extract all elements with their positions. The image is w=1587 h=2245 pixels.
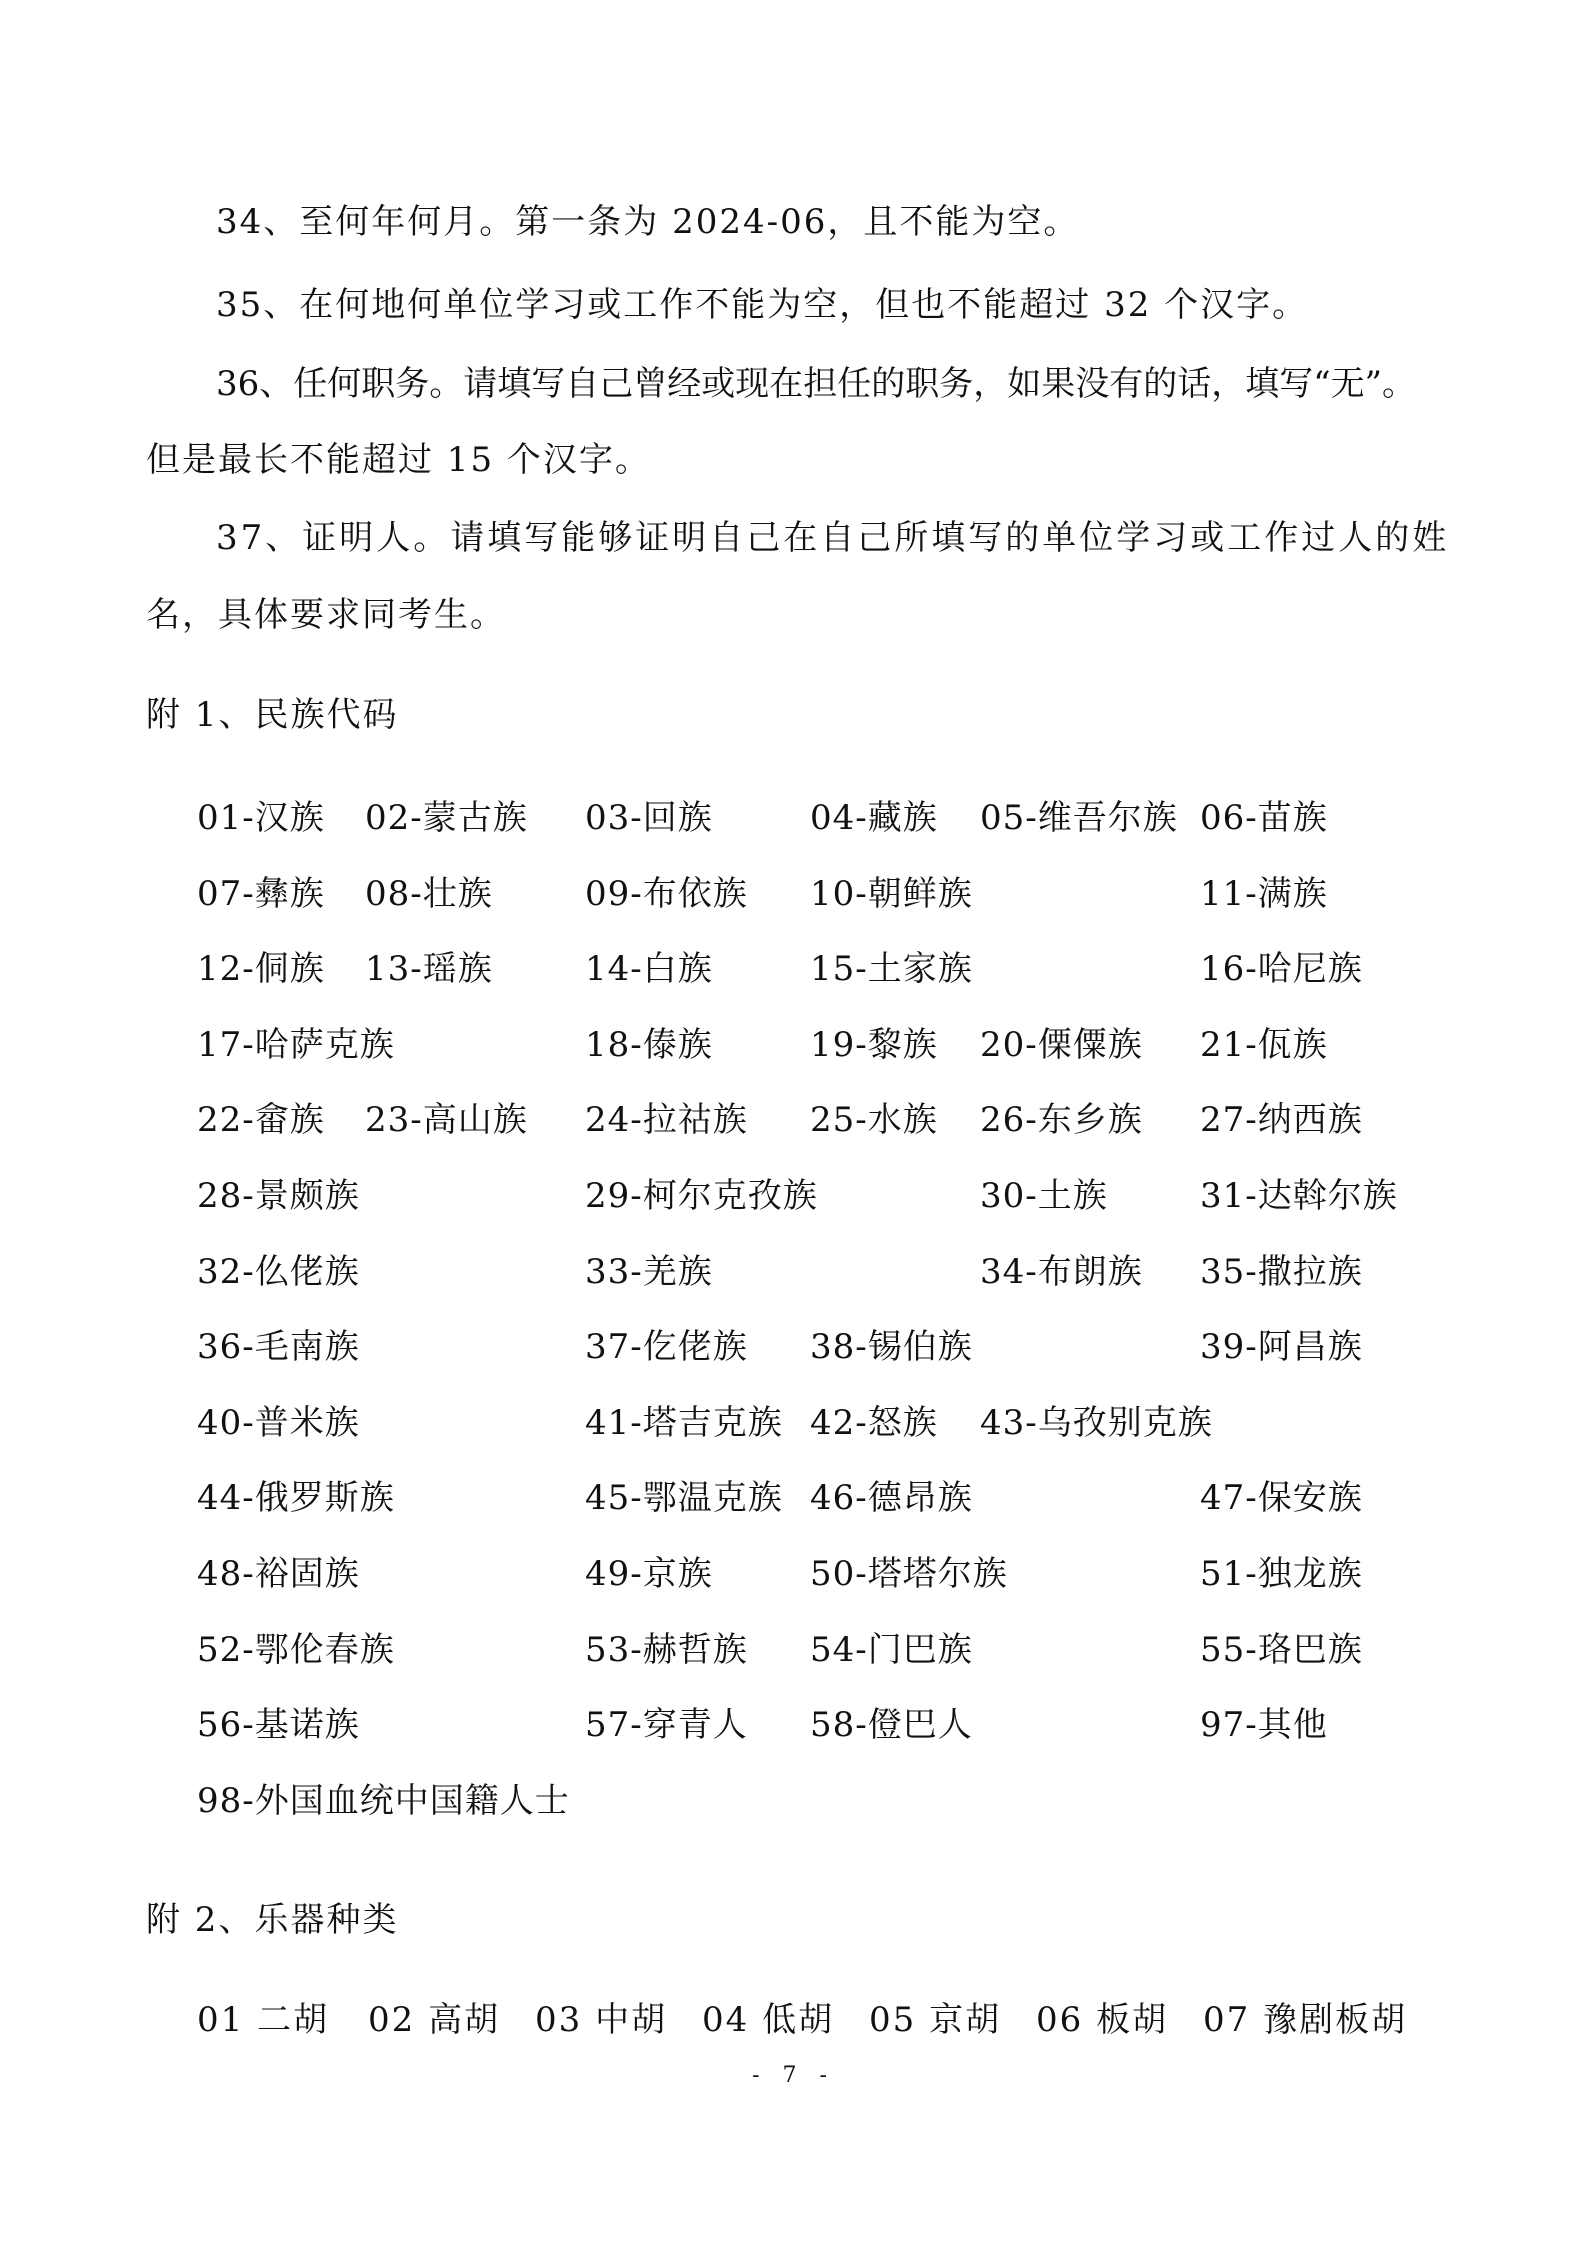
- ethnic-code-item: 12-侗族: [197, 949, 325, 989]
- ethnic-code-item: 08-壮族: [365, 874, 493, 914]
- ethnic-code-item: 02-蒙古族: [365, 798, 528, 838]
- page-number: - 7 -: [0, 2062, 1587, 2090]
- ethnic-code-item: 57-穿青人: [585, 1705, 748, 1745]
- ethnic-code-item: 54-门巴族: [810, 1630, 973, 1670]
- ethnic-code-item: 11-满族: [1200, 874, 1328, 914]
- ethnic-code-item: 18-傣族: [585, 1025, 713, 1065]
- ethnic-code-item: 46-德昂族: [810, 1478, 973, 1518]
- ethnic-code-item: 37-仡佬族: [585, 1327, 748, 1367]
- ethnic-code-item: 26-东乡族: [980, 1100, 1143, 1140]
- ethnic-code-item: 24-拉祜族: [585, 1100, 748, 1140]
- ethnic-code-item: 19-黎族: [810, 1025, 938, 1065]
- ethnic-code-item: 52-鄂伦春族: [197, 1630, 395, 1670]
- ethnic-code-item: 20-傈僳族: [980, 1025, 1143, 1065]
- instrument-item: 07 豫剧板胡: [1203, 2000, 1407, 2040]
- ethnic-code-item: 40-普米族: [197, 1403, 360, 1443]
- ethnic-code-item: 53-赫哲族: [585, 1630, 748, 1670]
- ethnic-code-item: 55-珞巴族: [1200, 1630, 1363, 1670]
- paragraph-36-line1: 36、任何职务。请填写自己曾经或现在担任的职务，如果没有的话，填写“无”。: [216, 364, 1416, 404]
- ethnic-code-item: 31-达斡尔族: [1200, 1176, 1398, 1216]
- ethnic-code-item: 10-朝鲜族: [810, 874, 973, 914]
- ethnic-code-item: 30-土族: [980, 1176, 1108, 1216]
- ethnic-code-item: 48-裕固族: [197, 1554, 360, 1594]
- ethnic-code-item: 14-白族: [585, 949, 713, 989]
- ethnic-code-item: 51-独龙族: [1200, 1554, 1363, 1594]
- paragraph-37-line1: 37、证明人。请填写能够证明自己在自己所填写的单位学习或工作过人的姓: [216, 518, 1449, 558]
- ethnic-code-item: 22-畲族: [197, 1100, 325, 1140]
- ethnic-code-item: 17-哈萨克族: [197, 1025, 395, 1065]
- ethnic-code-item: 98-外国血统中国籍人士: [197, 1781, 570, 1821]
- ethnic-code-item: 25-水族: [810, 1100, 938, 1140]
- ethnic-code-item: 35-撒拉族: [1200, 1252, 1363, 1292]
- ethnic-code-item: 28-景颇族: [197, 1176, 360, 1216]
- appendix-1-title: 附 1、民族代码: [146, 695, 398, 735]
- ethnic-code-item: 44-俄罗斯族: [197, 1478, 395, 1518]
- ethnic-code-item: 33-羌族: [585, 1252, 713, 1292]
- ethnic-code-item: 06-苗族: [1200, 798, 1328, 838]
- ethnic-code-item: 50-塔塔尔族: [810, 1554, 1008, 1594]
- paragraph-36-line2: 但是最长不能超过 15 个汉字。: [146, 440, 651, 480]
- ethnic-code-item: 03-回族: [585, 798, 713, 838]
- paragraph-34: 34、至何年何月。第一条为 2024-06，且不能为空。: [216, 202, 1079, 242]
- ethnic-code-item: 23-高山族: [365, 1100, 528, 1140]
- ethnic-code-item: 45-鄂温克族: [585, 1478, 783, 1518]
- document-page: 34、至何年何月。第一条为 2024-06，且不能为空。 35、在何地何单位学习…: [0, 0, 1587, 2245]
- ethnic-code-item: 34-布朗族: [980, 1252, 1143, 1292]
- ethnic-code-item: 07-彝族: [197, 874, 325, 914]
- ethnic-code-item: 39-阿昌族: [1200, 1327, 1363, 1367]
- ethnic-code-item: 58-僜巴人: [810, 1705, 973, 1745]
- ethnic-code-item: 01-汉族: [197, 798, 325, 838]
- instrument-item: 02 高胡: [368, 2000, 500, 2040]
- paragraph-35: 35、在何地何单位学习或工作不能为空，但也不能超过 32 个汉字。: [216, 285, 1308, 325]
- ethnic-code-item: 42-怒族: [810, 1403, 938, 1443]
- ethnic-code-item: 21-佤族: [1200, 1025, 1328, 1065]
- ethnic-code-item: 15-土家族: [810, 949, 973, 989]
- ethnic-code-item: 47-保安族: [1200, 1478, 1363, 1518]
- ethnic-code-item: 97-其他: [1200, 1705, 1328, 1745]
- ethnic-code-item: 13-瑶族: [365, 949, 493, 989]
- ethnic-code-item: 49-京族: [585, 1554, 713, 1594]
- ethnic-code-item: 36-毛南族: [197, 1327, 360, 1367]
- instrument-item: 06 板胡: [1036, 2000, 1168, 2040]
- appendix-2-title: 附 2、乐器种类: [146, 1900, 398, 1940]
- ethnic-code-item: 29-柯尔克孜族: [585, 1176, 818, 1216]
- ethnic-code-item: 27-纳西族: [1200, 1100, 1363, 1140]
- instrument-item: 03 中胡: [535, 2000, 667, 2040]
- instrument-item: 01 二胡: [197, 2000, 329, 2040]
- instrument-item: 04 低胡: [702, 2000, 834, 2040]
- paragraph-37-line2: 名，具体要求同考生。: [146, 595, 506, 635]
- ethnic-code-item: 38-锡伯族: [810, 1327, 973, 1367]
- ethnic-code-item: 05-维吾尔族: [980, 798, 1178, 838]
- instrument-item: 05 京胡: [869, 2000, 1001, 2040]
- ethnic-code-item: 41-塔吉克族: [585, 1403, 783, 1443]
- ethnic-code-item: 16-哈尼族: [1200, 949, 1363, 989]
- ethnic-code-item: 04-藏族: [810, 798, 938, 838]
- ethnic-code-item: 32-仫佬族: [197, 1252, 360, 1292]
- ethnic-code-item: 09-布依族: [585, 874, 748, 914]
- ethnic-code-item: 56-基诺族: [197, 1705, 360, 1745]
- ethnic-code-item: 43-乌孜别克族: [980, 1403, 1213, 1443]
